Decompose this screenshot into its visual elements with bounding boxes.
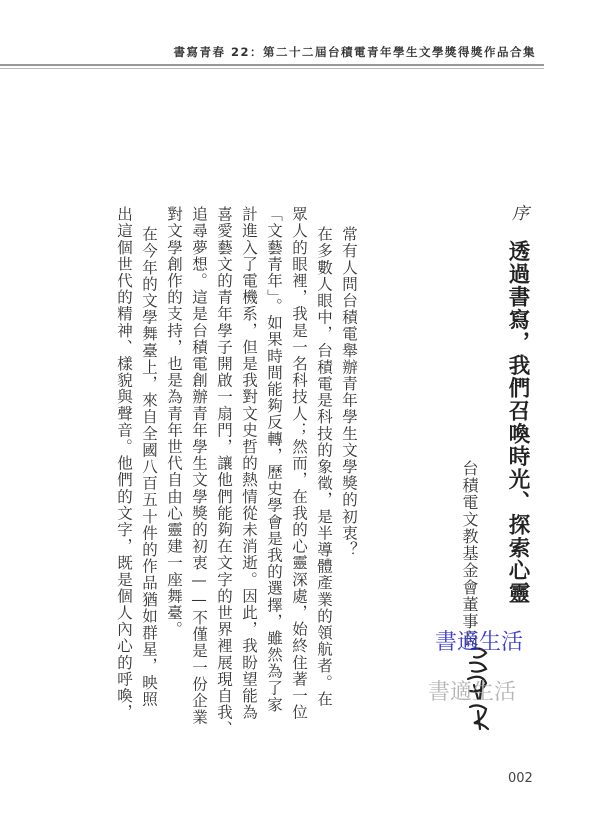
header-rule-thin <box>0 68 544 69</box>
header-rule <box>0 64 544 66</box>
page-title: 透過書寫，我們召喚時光、探索心靈 <box>502 240 533 605</box>
body-line: 計進入了電機系，但是我對文史哲的熱情從未消逝。因此，我盼望能為 <box>237 206 261 721</box>
author-title: 台積電文教基金會董事長 <box>458 460 481 647</box>
body-line: 「文藝青年」。如果時間能夠反轉，歷史學會是我的選擇，雖然為了家 <box>262 206 286 713</box>
body-line: 眾人的眼裡，我是一名科技人；然而，在我的心靈深處，始終住著一位 <box>287 206 311 721</box>
page-number: 002 <box>508 771 533 786</box>
watermark-blue: 書適生活 <box>435 625 523 656</box>
body-line: 對文學創作的支持，也是為青年世代自由心靈建一座舞臺。 <box>162 206 186 638</box>
body-line: 追尋夢想。這是台積電創辦青年學生文學獎的初衷——不僅是一份企業 <box>187 206 211 726</box>
body-line: 出這個世代的精神、樣貌與聲音。他們的文字，既是個人內心的呼喚， <box>112 206 136 721</box>
watermark-gray: 書適生活 <box>428 675 516 706</box>
body-line: 常有人問台積電舉辦青年學生文學獎的初衷？ <box>337 226 361 558</box>
body-line: 在多數人眼中，台積電是科技的象徵，是半導體產業的領航者。在 <box>312 226 336 707</box>
running-head: 書寫青春 22：第二十二屆台積電青年學生文學獎得獎作品合集 <box>173 44 536 60</box>
body-line: 喜愛藝文的青年學子開啟一扇門，讓他們能夠在文字的世界裡展現自我、 <box>212 206 236 737</box>
body-line: 在今年的文學舞臺上，來自全國八百五十件的作品猶如群星，映照 <box>137 226 161 707</box>
preface-mark: 序 <box>506 204 531 221</box>
